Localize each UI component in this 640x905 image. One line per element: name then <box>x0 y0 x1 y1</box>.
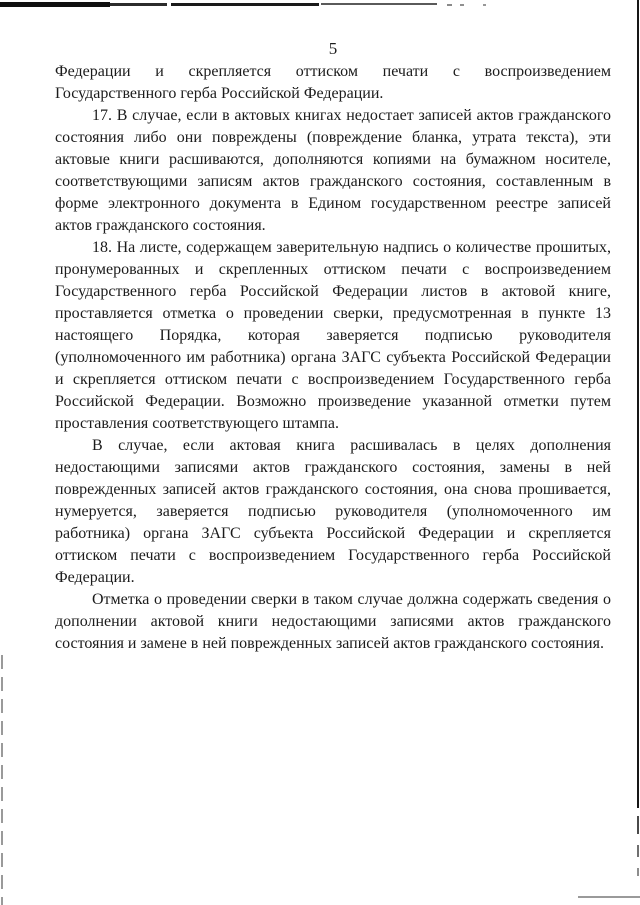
scan-edge-top-dash <box>483 4 486 6</box>
scan-edge-top-segment <box>321 3 437 5</box>
scan-edge-right-dash <box>637 868 639 876</box>
scan-edge-top-dash <box>460 4 464 6</box>
paragraph-verification-note: Отметка о проведении сверки в таком случ… <box>55 589 611 655</box>
scan-edge-top-segment <box>0 2 110 7</box>
scan-edge-right-dash <box>637 816 639 834</box>
paragraph-17: 17. В случае, если в актовых книгах недо… <box>55 105 611 237</box>
document-page: 5 Федерации и скрепляется оттиском печат… <box>0 0 640 905</box>
scan-edge-right-line <box>637 0 639 808</box>
scan-edge-left-dashes <box>1 655 3 905</box>
scan-edge-bottom-line <box>578 896 640 898</box>
paragraph-continuation: Федерации и скрепляется оттиском печати … <box>55 61 611 105</box>
scan-edge-top-segment <box>110 3 167 6</box>
page-number: 5 <box>55 39 611 59</box>
paragraph-rebinding-case: В случае, если актовая книга расшивалась… <box>55 435 611 589</box>
document-body: Федерации и скрепляется оттиском печати … <box>55 61 611 655</box>
scan-edge-right-dash <box>637 845 639 857</box>
paragraph-18: 18. На листе, содержащем заверительную н… <box>55 237 611 435</box>
scan-edge-top-segment <box>171 3 319 6</box>
scan-edge-top-dash <box>447 4 452 6</box>
